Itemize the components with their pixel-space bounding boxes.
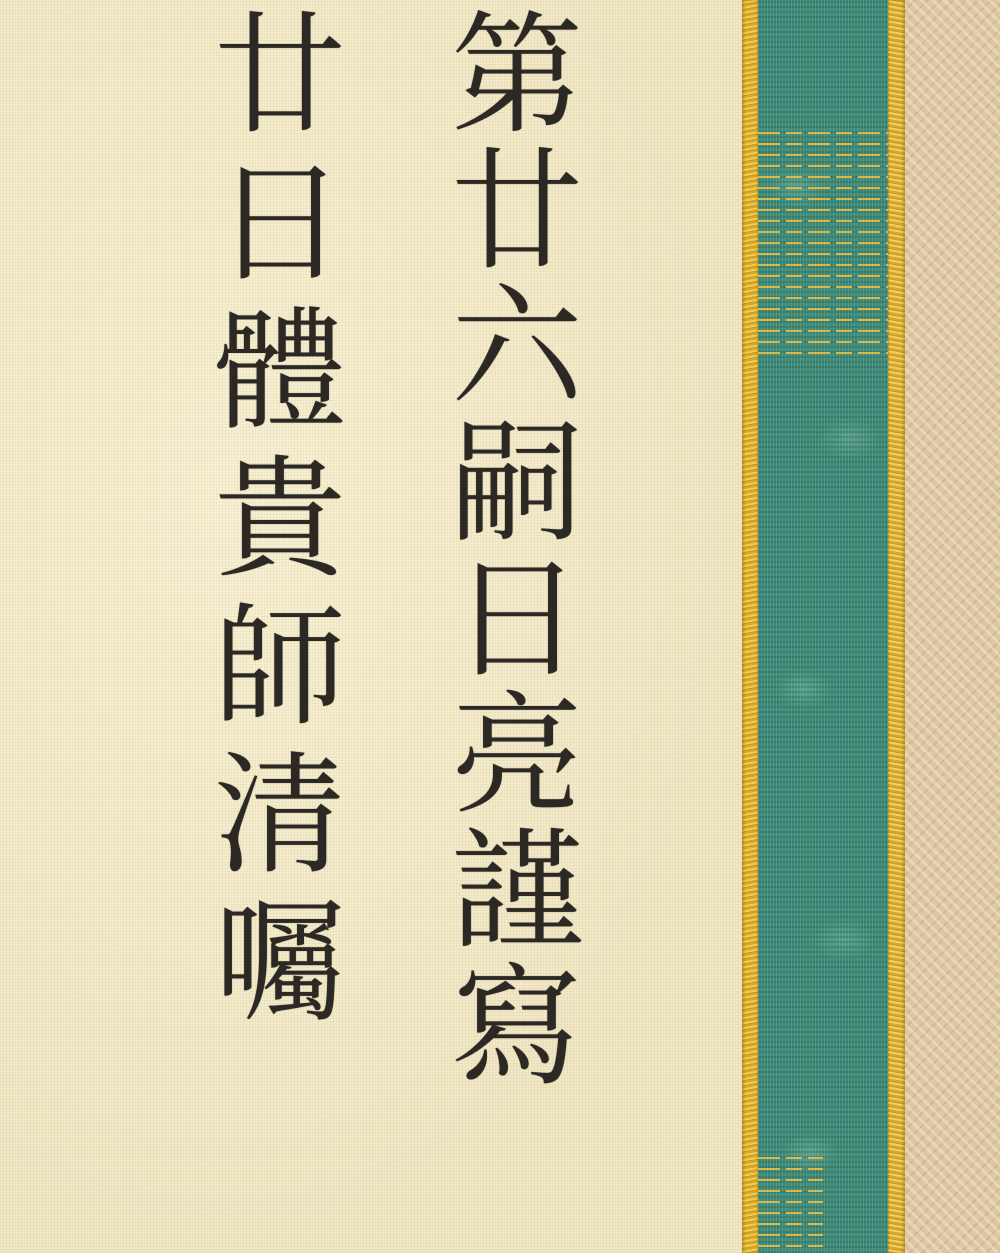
character: 謹 (451, 826, 583, 962)
inscription-right-column: 第 廿 六 嗣 日 亮 謹 寫 (432, 10, 602, 1098)
character: 寫 (451, 962, 583, 1098)
character: 清 (214, 750, 346, 898)
hanging-scroll: 第 廿 六 嗣 日 亮 謹 寫 廿 日 體 貴 師 清 囑 (0, 0, 1000, 1253)
character: 六 (451, 282, 583, 418)
calligraphy-paper: 第 廿 六 嗣 日 亮 謹 寫 廿 日 體 貴 師 清 囑 (0, 0, 742, 1253)
character: 亮 (451, 690, 583, 826)
character: 日 (451, 554, 583, 690)
inscription-left-column: 廿 日 體 貴 師 清 囑 (190, 10, 370, 1046)
character: 廿 (451, 146, 583, 282)
beige-silk-border (905, 0, 1000, 1253)
gold-border-left (742, 0, 758, 1253)
character: 體 (214, 306, 346, 454)
gold-border-right (888, 0, 905, 1253)
green-brocade-band (758, 0, 888, 1253)
character: 貴 (214, 454, 346, 602)
character: 嗣 (451, 418, 583, 554)
gold-thread-motif (758, 1155, 823, 1253)
gold-thread-motif (758, 125, 888, 360)
character: 廿 (214, 10, 346, 158)
character: 囑 (214, 898, 346, 1046)
character: 師 (214, 602, 346, 750)
character: 日 (214, 158, 346, 306)
character: 第 (451, 10, 583, 146)
